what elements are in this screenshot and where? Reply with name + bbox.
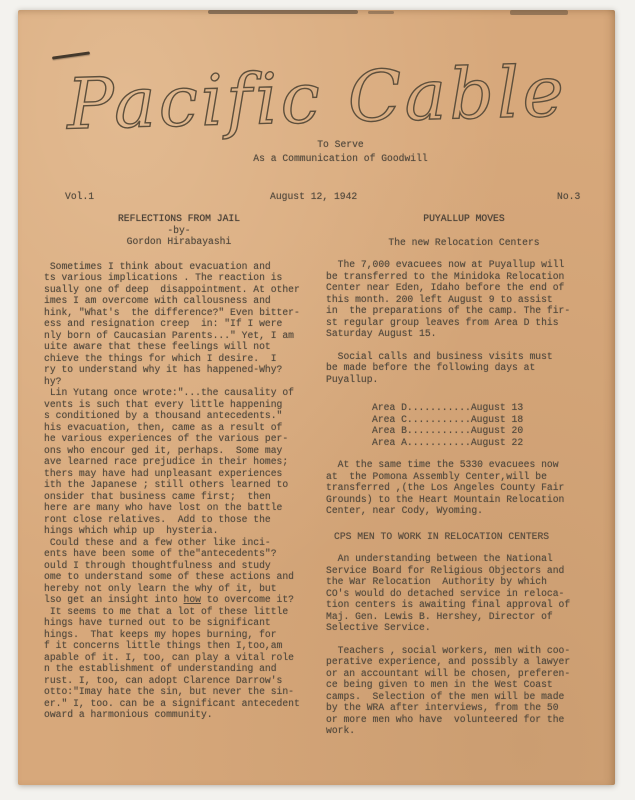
underline-prefix: lso get an insight into — [44, 594, 184, 605]
paragraph: Teachers , social workers, men with coo-… — [326, 645, 602, 737]
schedule-row: Area C...........August 18 — [372, 414, 602, 426]
byline: -by- — [44, 225, 314, 237]
dot-leader: ........... — [407, 414, 471, 425]
dot-leader: ........... — [407, 402, 471, 413]
paragraph: At the same time the 5330 evacuees now a… — [326, 459, 602, 517]
left-article-underlined-line: lso get an insight into how to overcome … — [44, 594, 314, 606]
area-label: Area A — [372, 437, 407, 448]
rope-logo-text: Pacific Cable — [64, 50, 568, 145]
right-article-title: PUYALLUP MOVES — [326, 213, 602, 225]
schedule-row: Area D...........August 13 — [372, 402, 602, 414]
issue-number: No.3 — [557, 191, 580, 203]
dot-leader: ........... — [407, 437, 471, 448]
area-label: Area D — [372, 402, 407, 413]
ink-smudge — [368, 11, 394, 14]
move-date: August 13 — [471, 402, 523, 413]
section-title: CPS MEN TO WORK IN RELOCATION CENTERS — [334, 531, 602, 543]
newsletter-page: Pacific Cable To Serve As a Communicatio… — [18, 10, 615, 785]
schedule-row: Area A...........August 22 — [372, 437, 602, 449]
underline-suffix: to overcome it? — [201, 594, 294, 605]
ink-smudge — [510, 10, 568, 15]
left-article-body-part2: It seems to me that a lot of these littl… — [44, 606, 314, 721]
move-date: August 22 — [471, 437, 523, 448]
left-article-body-part1: Sometimes I think about evacuation and t… — [44, 261, 314, 595]
dot-leader: ........... — [407, 425, 471, 436]
paragraph: The 7,000 evacuees now at Puyallup will … — [326, 259, 602, 340]
schedule-row: Area B...........August 20 — [372, 425, 602, 437]
underlined-word: how — [184, 594, 201, 605]
area-label: Area C — [372, 414, 407, 425]
scan-backdrop: Pacific Cable To Serve As a Communicatio… — [0, 0, 635, 800]
right-article-subtitle: The new Relocation Centers — [326, 237, 602, 249]
left-column: REFLECTIONS FROM JAIL -by- Gordon Hiraba… — [44, 213, 314, 721]
issue-date: August 12, 1942 — [270, 191, 357, 203]
area-label: Area B — [372, 425, 407, 436]
right-column: PUYALLUP MOVES The new Relocation Center… — [326, 213, 602, 737]
move-date: August 18 — [471, 414, 523, 425]
left-article-title: REFLECTIONS FROM JAIL — [44, 213, 314, 225]
paragraph: Social calls and business visits must be… — [326, 351, 602, 386]
paragraph: An understanding between the National Se… — [326, 553, 602, 634]
author-name: Gordon Hirabayashi — [44, 236, 314, 248]
volume-label: Vol.1 — [65, 191, 94, 203]
ink-smudge — [208, 10, 358, 14]
masthead-tagline: To Serve As a Communication of Goodwill — [168, 138, 513, 166]
move-date: August 20 — [471, 425, 523, 436]
departure-schedule: Area D...........August 13 Area C.......… — [372, 402, 602, 448]
